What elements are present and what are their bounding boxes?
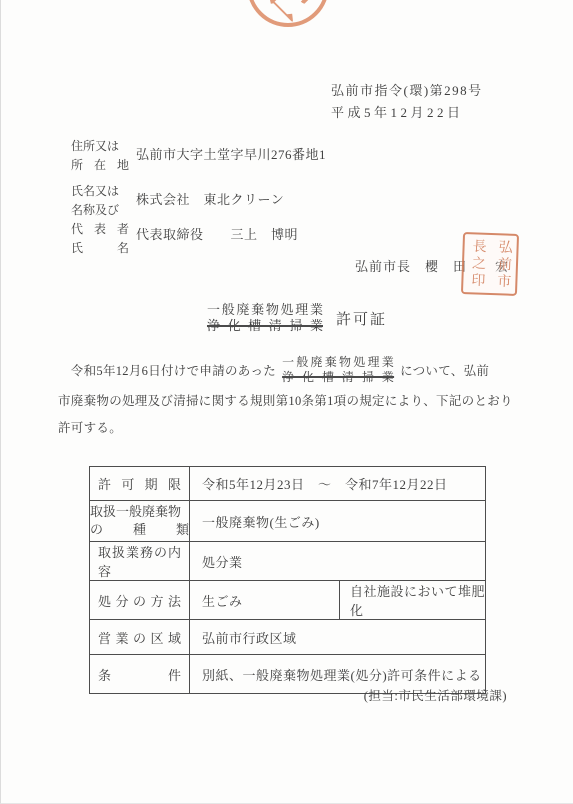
row-label-line2: の種類 — [90, 521, 189, 539]
contact-department-note: (担当:市民生活部環境課) — [364, 686, 507, 704]
seal-text-right: 弘前市 — [495, 239, 511, 290]
table-row-disposal-method: 処分の方法 生ごみ 自社施設において堆肥化 — [90, 581, 486, 620]
body-line-2: 市廃棄物の処理及び清掃に関する規則第10条第1項の規定により、下記のとおり — [58, 388, 524, 415]
row-label: 処分の方法 — [98, 591, 181, 610]
name-label: 氏名又は 名称及び 代表者 氏名 — [71, 182, 129, 258]
body-business-type-stack: 一般廃棄物処理業 浄化槽清掃業 — [282, 355, 394, 385]
company-name: 株式会社 東北クリーン — [136, 189, 284, 208]
row-value: 処分業 — [190, 542, 486, 581]
table-row-waste-type: 取扱一般廃棄物 の種類 一般廃棄物(生ごみ) — [90, 501, 486, 542]
body-line-1: 令和5年12月6日付けで申請のあった 一般廃棄物処理業 浄化槽清掃業 について、… — [58, 352, 524, 388]
permit-document-page: 卍 弘前市指令(環)第298号 平成5年12月22日 住所又は 所在地 弘前市大… — [0, 0, 573, 804]
address-label: 住所又は 所在地 — [71, 137, 129, 175]
title-business-type: 一般廃棄物処理業 — [207, 302, 323, 318]
table-row-business-content: 取扱業務の内容 処分業 — [90, 542, 486, 581]
body-line-3: 許可する。 — [58, 415, 524, 442]
row-value: 一般廃棄物(生ごみ) — [190, 501, 486, 542]
representative-name: 代表取締役 三上 博明 — [136, 224, 298, 243]
table-row-business-area: 営業の区域 弘前市行政区域 — [90, 620, 486, 655]
row-value: 令和5年12月23日 〜 令和7年12月22日 — [190, 467, 486, 501]
title-business-type-stack: 一般廃棄物処理業 浄化槽清掃業 — [207, 302, 323, 334]
body-paragraph: 令和5年12月6日付けで申請のあった 一般廃棄物処理業 浄化槽清掃業 について、… — [58, 352, 524, 442]
row-value-2: 自社施設において堆肥化 — [340, 581, 486, 620]
seal-text-left: 長之印 — [469, 238, 485, 289]
address-value: 弘前市大字土堂字早川276番地1 — [136, 144, 326, 163]
row-label: 営業の区域 — [98, 628, 181, 647]
manji-symbol: 卍 — [244, 0, 332, 33]
row-value-1: 生ごみ — [190, 581, 340, 620]
title-business-type-struck: 浄化槽清掃業 — [207, 318, 323, 334]
row-value: 弘前市行政区域 — [190, 620, 486, 655]
city-emblem-stamp-icon: 卍 — [244, 0, 332, 34]
directive-number: 弘前市指令(環)第298号 — [331, 80, 483, 102]
official-seal-stamp: 弘前市 長之印 — [461, 232, 519, 296]
row-label-line1: 取扱一般廃棄物 — [90, 503, 189, 521]
row-label: 条件 — [98, 665, 181, 684]
row-label: 許可期限 — [98, 474, 181, 493]
issue-date: 平成5年12月22日 — [331, 102, 483, 124]
table-row-permit-period: 許可期限 令和5年12月23日 〜 令和7年12月22日 — [90, 467, 486, 501]
document-header: 弘前市指令(環)第298号 平成5年12月22日 — [331, 80, 483, 124]
document-title: 一般廃棄物処理業 浄化槽清掃業 許可証 — [11, 302, 573, 334]
title-permit-label: 許可証 — [336, 308, 387, 329]
permit-details-table: 許可期限 令和5年12月23日 〜 令和7年12月22日 取扱一般廃棄物 の種類… — [89, 466, 486, 694]
row-label: 取扱業務の内容 — [98, 542, 181, 580]
